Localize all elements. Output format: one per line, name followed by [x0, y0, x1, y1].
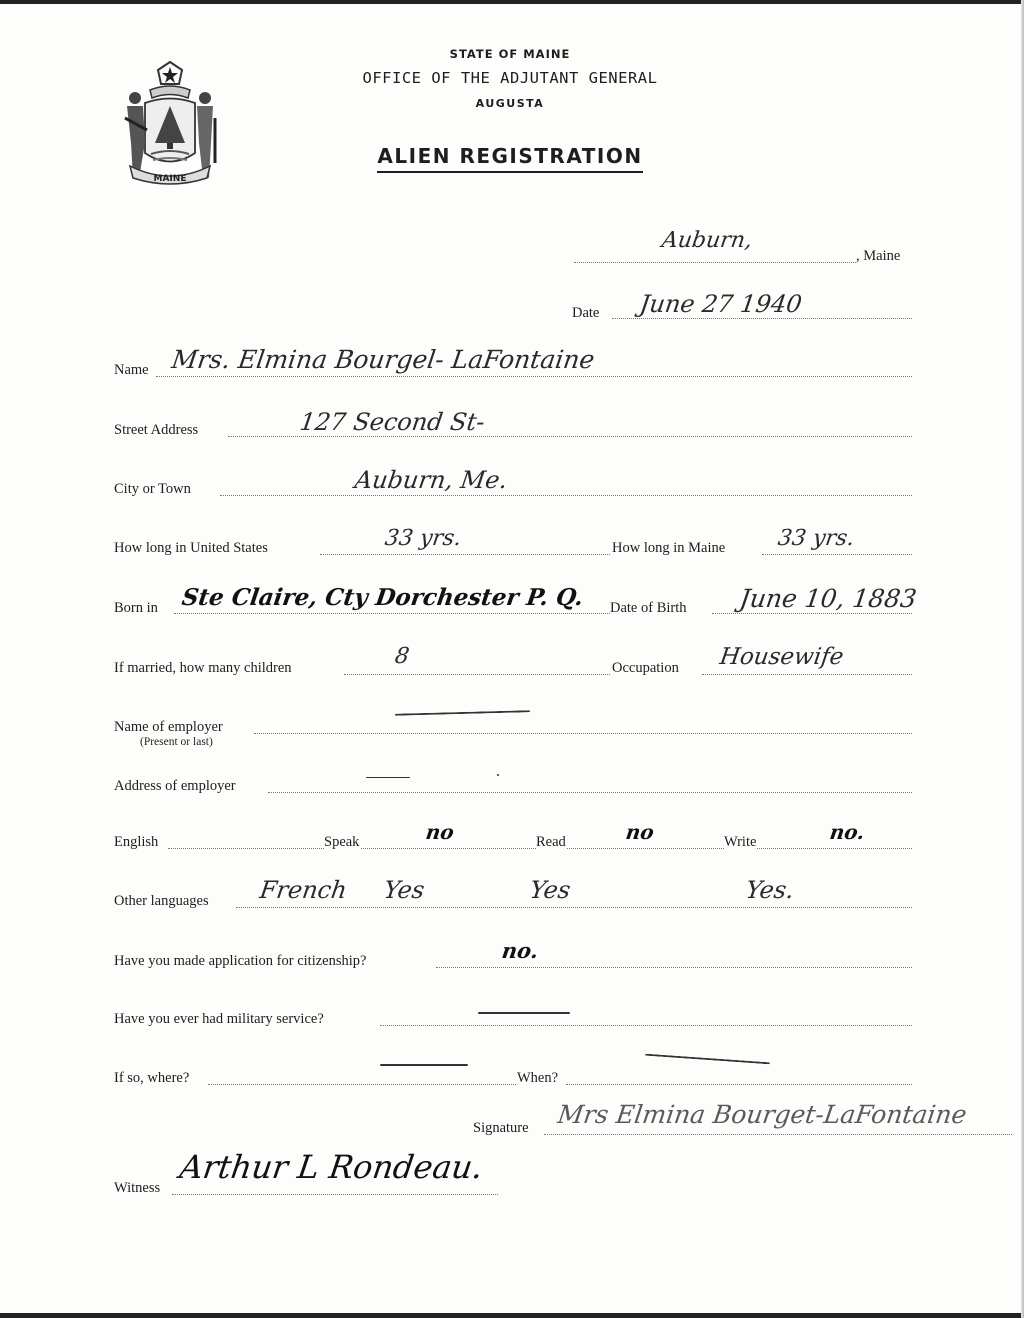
employer-address-line [268, 792, 912, 793]
street-line [228, 436, 912, 437]
children-value: 8 [393, 644, 411, 669]
signature-value: Mrs Elmina Bourget-LaFontaine [556, 1100, 969, 1129]
employer-name-dash [395, 710, 530, 716]
other-languages-line [236, 907, 912, 908]
employer-name-label: Name of employer [114, 719, 223, 736]
svg-text:MAINE: MAINE [154, 174, 187, 184]
date-value: June 27 1940 [638, 290, 804, 318]
children-label: If married, how many children [114, 660, 292, 677]
how-long-maine-label: How long in Maine [612, 540, 725, 557]
when-dash [645, 1054, 770, 1065]
us-line [320, 554, 610, 555]
military-label: Have you ever had military service? [114, 1011, 324, 1028]
location-value: Auburn, [660, 228, 754, 253]
maine-line [762, 554, 912, 555]
write-label: Write [724, 834, 757, 850]
occupation-label: Occupation [612, 660, 679, 677]
header-city: AUGUSTA [330, 97, 690, 110]
header-state: STATE OF MAINE [330, 47, 690, 61]
witness-value: Arthur L Rondeau. [177, 1148, 485, 1186]
scan-border-bottom [0, 1313, 1024, 1318]
form-title: ALIEN REGISTRATION [330, 144, 690, 168]
other-languages-label: Other languages [114, 893, 210, 909]
read-label: Read [536, 834, 567, 850]
witness-line [172, 1194, 498, 1195]
military-dash [478, 1012, 570, 1014]
how-long-us-value: 33 yrs. [383, 526, 463, 551]
dob-line [712, 613, 912, 614]
employer-address-dash [366, 777, 410, 778]
english-label: English [114, 834, 158, 851]
when-label: When? [517, 1070, 558, 1087]
when-line [566, 1084, 912, 1085]
children-line [344, 674, 610, 675]
citizenship-label: Have you made application for citizenshi… [114, 953, 366, 970]
citizenship-line [436, 967, 912, 968]
name-line [156, 376, 912, 377]
born-in-label: Born in [114, 600, 158, 617]
speak-label: Speak [324, 834, 360, 850]
maine-state-seal-icon: MAINE [115, 58, 225, 188]
city-value: Auburn, Me. [353, 466, 509, 494]
how-long-maine-value: 33 yrs. [776, 526, 856, 551]
employer-name-line [254, 733, 912, 734]
signature-label: Signature [473, 1120, 529, 1137]
dob-label: Date of Birth [610, 600, 687, 617]
where-dash [380, 1064, 468, 1066]
city-label: City or Town [114, 481, 191, 498]
street-value: 127 Second St- [298, 408, 487, 436]
military-line [380, 1025, 912, 1026]
other-speak-value: Yes [382, 876, 426, 904]
other-write-value: Yes. [744, 876, 796, 904]
english-speak-value: no [424, 820, 455, 844]
dob-value: June 10, 1883 [738, 584, 918, 613]
other-language-value: French [258, 876, 349, 904]
english-read-value: no [624, 820, 655, 844]
header-office: OFFICE OF THE ADJUTANT GENERAL [330, 69, 690, 87]
english-write-value: no. [828, 820, 866, 844]
ink-dot [497, 774, 499, 776]
name-label: Name [114, 362, 150, 378]
employer-address-label: Address of employer [114, 778, 236, 795]
witness-label: Witness [114, 1180, 160, 1197]
location-line [574, 262, 856, 263]
how-long-us-label: How long in United States [114, 540, 268, 557]
where-label: If so, where? [114, 1070, 189, 1087]
where-line [208, 1084, 516, 1085]
city-line [220, 495, 912, 496]
name-value: Mrs. Elmina Bourgel- LaFontaine [170, 345, 596, 374]
born-line [174, 613, 610, 614]
other-read-value: Yes [528, 876, 572, 904]
occupation-line [702, 674, 912, 675]
date-label: Date [572, 305, 599, 322]
born-in-value: Ste Claire, Cty Dorchester P. Q. [180, 584, 585, 611]
location-suffix: , Maine [856, 248, 900, 265]
employer-name-sublabel: (Present or last) [140, 736, 213, 748]
scan-border-top [0, 0, 1024, 4]
date-line [612, 318, 912, 319]
street-label: Street Address [114, 422, 198, 439]
citizenship-value: no. [500, 938, 540, 963]
signature-line [544, 1134, 1012, 1135]
occupation-value: Housewife [718, 644, 845, 670]
